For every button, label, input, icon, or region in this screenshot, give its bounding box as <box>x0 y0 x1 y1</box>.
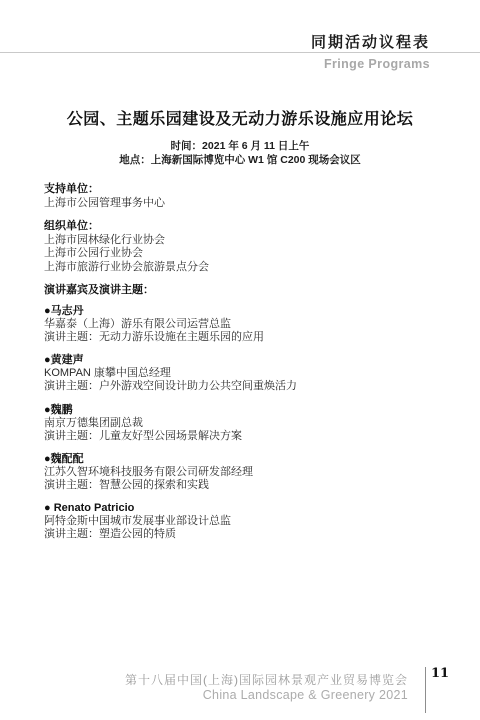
speaker-topic: 演讲主题：塑造公园的特质 <box>44 528 456 541</box>
forum-title: 公园、主题乐园建设及无动力游乐设施应用论坛 <box>0 106 480 129</box>
speakers-list: ●马志丹 华嘉泰（上海）游乐有限公司运营总监 演讲主题：无动力游乐设施在主题乐园… <box>44 305 456 551</box>
speaker-item: ●马志丹 华嘉泰（上海）游乐有限公司运营总监 演讲主题：无动力游乐设施在主题乐园… <box>44 305 456 344</box>
speaker-affiliation: 华嘉泰（上海）游乐有限公司运营总监 <box>44 318 456 331</box>
header-divider-line <box>0 52 480 53</box>
footer-expo-title-cn: 第十八届中国(上海)国际园林景观产业贸易博览会 <box>125 671 408 688</box>
organizer-item: 上海市园林绿化行业协会 <box>44 234 456 248</box>
speaker-affiliation: 江苏久智环境科技服务有限公司研发部经理 <box>44 466 456 479</box>
organizer-item: 上海市旅游行业协会旅游景点分会 <box>44 261 456 275</box>
speaker-topic: 演讲主题：户外游戏空间设计助力公共空间重焕活力 <box>44 380 456 393</box>
forum-venue: 地点：上海新国际博览中心 W1 馆 C200 现场会议区 <box>0 154 480 168</box>
speaker-affiliation: 南京万德集团副总裁 <box>44 417 456 430</box>
forum-meta: 时间：2021 年 6 月 11 日上午 地点：上海新国际博览中心 W1 馆 C… <box>0 140 480 167</box>
organizers-label: 组织单位： <box>44 220 456 234</box>
speaker-affiliation: KOMPAN 康攀中国总经理 <box>44 367 456 380</box>
forum-time: 时间：2021 年 6 月 11 日上午 <box>0 140 480 154</box>
document-page: 同期活动议程表 Fringe Programs 公园、主题乐园建设及无动力游乐设… <box>0 0 480 720</box>
page-header-title: 同期活动议程表 <box>311 31 430 52</box>
speaker-item: ● Renato Patricio 阿特金斯中国城市发展事业部设计总监 演讲主题… <box>44 502 456 541</box>
speaker-topic: 演讲主题：儿童友好型公园场景解决方案 <box>44 430 456 443</box>
support-label: 支持单位： <box>44 183 456 197</box>
footer-divider-line <box>425 667 426 713</box>
support-item: 上海市公园管理事务中心 <box>44 197 456 211</box>
speaker-item: ●魏配配 江苏久智环境科技服务有限公司研发部经理 演讲主题：智慧公园的探索和实践 <box>44 453 456 492</box>
support-section: 支持单位： 上海市公园管理事务中心 <box>44 183 456 210</box>
footer-expo-title-en: China Landscape & Greenery 2021 <box>203 688 408 702</box>
page-number: 11 <box>431 666 449 681</box>
speaker-affiliation: 阿特金斯中国城市发展事业部设计总监 <box>44 515 456 528</box>
speaker-topic: 演讲主题：无动力游乐设施在主题乐园的应用 <box>44 331 456 344</box>
page-header-subtitle: Fringe Programs <box>324 57 430 71</box>
speaker-name: ●魏鹏 <box>44 404 456 417</box>
speaker-item: ●黄建声 KOMPAN 康攀中国总经理 演讲主题：户外游戏空间设计助力公共空间重… <box>44 354 456 393</box>
organizer-item: 上海市公园行业协会 <box>44 247 456 261</box>
speakers-section-label: 演讲嘉宾及演讲主题： <box>44 284 456 298</box>
speaker-name: ●黄建声 <box>44 354 456 367</box>
speaker-name: ● Renato Patricio <box>44 502 456 515</box>
speaker-topic: 演讲主题：智慧公园的探索和实践 <box>44 479 456 492</box>
organizers-section: 组织单位： 上海市园林绿化行业协会 上海市公园行业协会 上海市旅游行业协会旅游景… <box>44 220 456 274</box>
speaker-item: ●魏鹏 南京万德集团副总裁 演讲主题：儿童友好型公园场景解决方案 <box>44 404 456 443</box>
speaker-name: ●魏配配 <box>44 453 456 466</box>
speaker-name: ●马志丹 <box>44 305 456 318</box>
